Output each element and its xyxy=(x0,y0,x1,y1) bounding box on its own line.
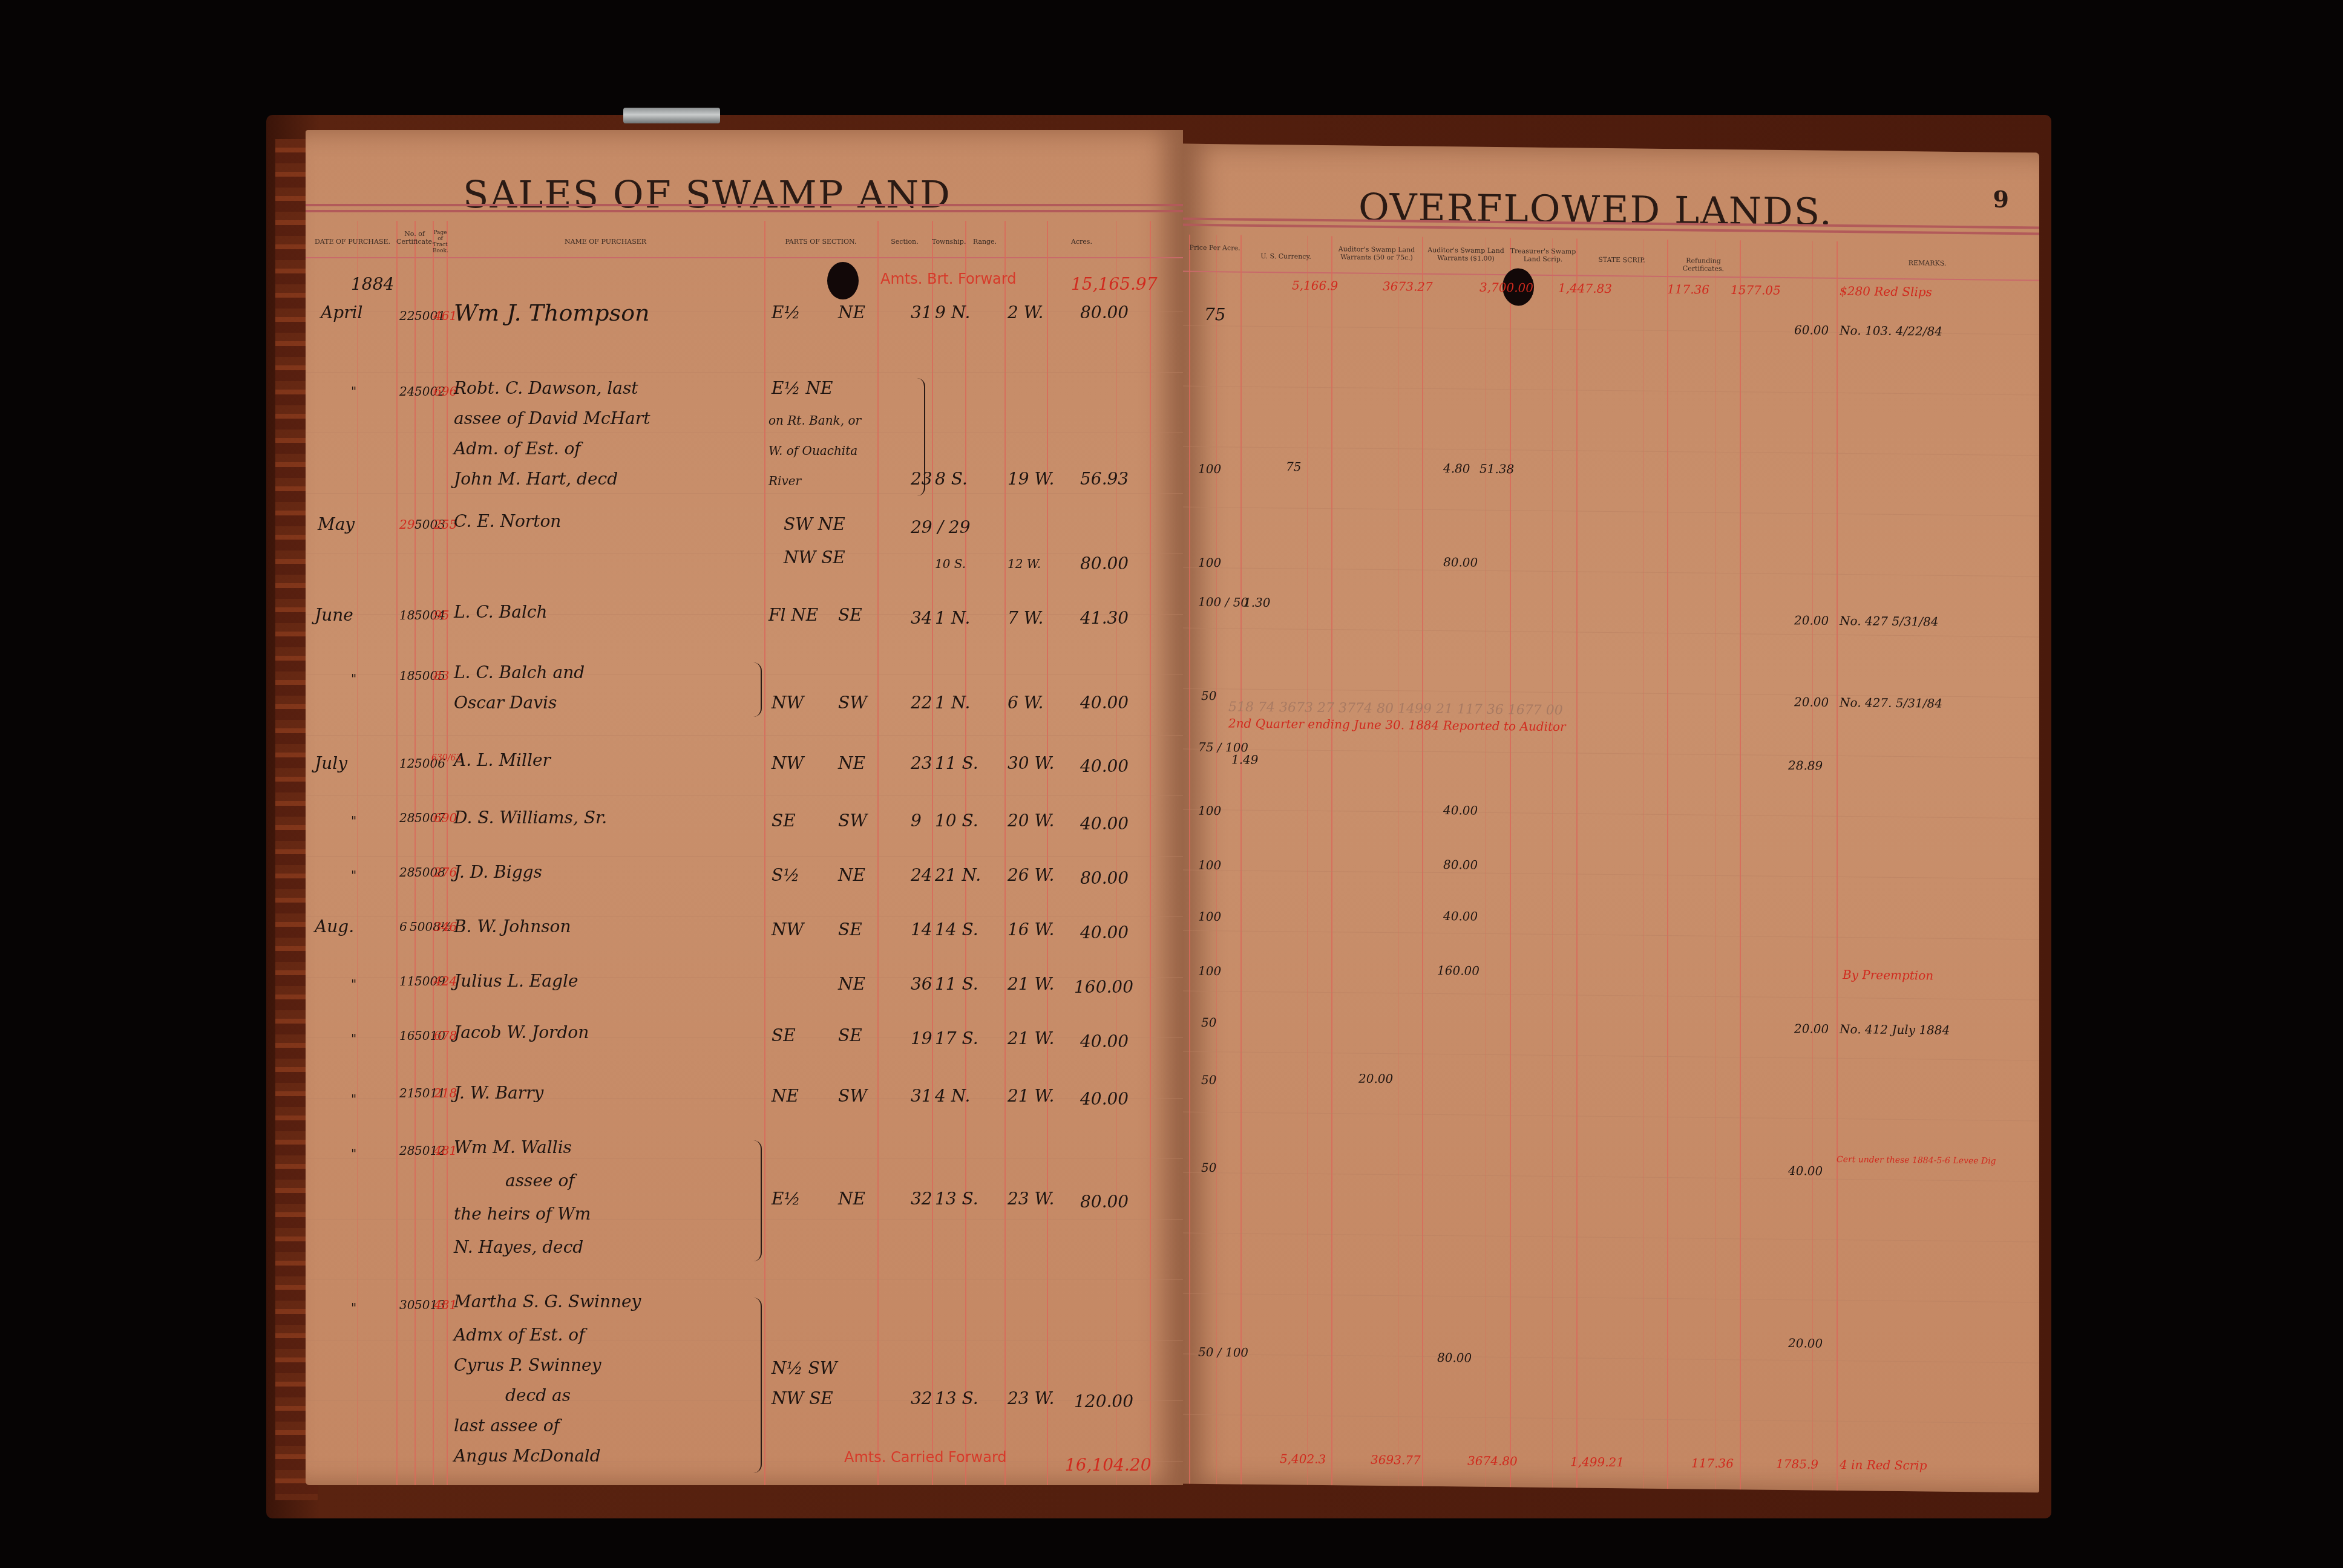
ledger-text: Wm M. Wallis xyxy=(454,1137,572,1157)
carried-forward-acres: 16,104.20 xyxy=(1065,1455,1152,1475)
col-header-currency: U. S. Currency. xyxy=(1240,252,1331,261)
ledger-text: Adm. of Est. of xyxy=(454,439,581,459)
vline xyxy=(1189,235,1190,1484)
column-line xyxy=(396,221,398,1485)
ledger-text: No. 427. 5/31/84 xyxy=(1840,695,1942,711)
col-header-state-scrip: STATE SCRIP. xyxy=(1576,255,1667,264)
quarter-faint-totals: 518 74 3673 27 3774 80 1499 21 117 36 16… xyxy=(1228,699,1563,718)
ledger-text: E½ xyxy=(772,302,801,322)
ledger-text: 20.00 xyxy=(1358,1071,1393,1086)
vline xyxy=(1643,240,1643,1489)
ledger-text: SW NE xyxy=(784,514,845,534)
hline xyxy=(1183,930,2039,940)
carried-forward-label: Amts. Carried Forward xyxy=(844,1449,1007,1466)
header-rule xyxy=(306,204,1183,206)
ledger-text: assee of David McHart xyxy=(454,408,650,428)
ledger-text: 28 xyxy=(399,1143,415,1158)
ledger-text: 22 xyxy=(399,309,415,323)
vline xyxy=(1740,240,1741,1489)
ledger-text: " xyxy=(351,1301,356,1315)
hline xyxy=(1183,386,2039,396)
ledger-text: 75 xyxy=(1286,459,1301,474)
ledger-text: 95 xyxy=(434,608,449,622)
punch-hole xyxy=(827,262,859,299)
ledger-text: 100 xyxy=(1198,964,1221,978)
hline xyxy=(306,433,1183,433)
ledger-text: 28 xyxy=(399,865,415,880)
ledger-text: Robt. C. Dawson, last xyxy=(454,378,638,398)
hline xyxy=(306,493,1183,494)
ledger-text: 160.00 xyxy=(1437,963,1480,978)
ledger-text: 56.93 xyxy=(1080,469,1129,489)
column-line xyxy=(415,221,416,1485)
ledger-text: 75 xyxy=(1204,304,1226,324)
ledger-text: 9 N. xyxy=(935,302,970,322)
col-header-refunding: Refunding Certificates. xyxy=(1667,256,1740,273)
hline xyxy=(306,1219,1183,1220)
ledger-text: 1577.05 xyxy=(1731,283,1781,298)
column-line xyxy=(433,221,434,1485)
ledger-text: SE xyxy=(838,920,862,939)
ledger-text: 21 W. xyxy=(1008,1028,1054,1048)
ledger-text: 1 N. xyxy=(935,608,970,628)
hline xyxy=(1183,1414,2039,1424)
vline xyxy=(1715,240,1716,1489)
quarter-note: 2nd Quarter ending June 30. 1884 Reporte… xyxy=(1228,716,1566,734)
ledger-text: May xyxy=(318,514,355,534)
hline xyxy=(1183,749,2039,759)
ledger-text: 23 W. xyxy=(1008,1388,1054,1408)
header-rule xyxy=(306,210,1183,212)
ledger-text: 40.00 xyxy=(1080,923,1129,942)
vline xyxy=(1398,237,1398,1486)
ledger-text: Fl NE xyxy=(768,605,818,625)
ledger-text: SE xyxy=(772,1025,796,1045)
ledger-text: 1.30 xyxy=(1244,595,1271,610)
ledger-text: 3693.77 xyxy=(1371,1452,1421,1468)
ledger-text: SW xyxy=(838,1086,867,1106)
hline xyxy=(306,1158,1183,1159)
ledger-text: 28 xyxy=(399,811,415,825)
ledger-text: 3,700.00 xyxy=(1480,280,1533,295)
col-header-purchaser: NAME OF PURCHASER xyxy=(447,238,764,246)
ledger-text: 16 W. xyxy=(1008,920,1054,939)
ledger-text: 12 xyxy=(399,756,415,771)
ledger-text: 30 xyxy=(399,1298,415,1312)
col-header-tract-page: Page of Tract Book. xyxy=(433,230,448,254)
ledger-text: 22 xyxy=(911,693,932,713)
ledger-text: 100 xyxy=(1198,555,1221,570)
ledger-text: L. C. Balch and xyxy=(454,662,585,682)
ledger-text: 80.00 xyxy=(1080,554,1129,573)
hline xyxy=(306,795,1183,796)
column-line xyxy=(965,221,966,1485)
ledger-text: assee of xyxy=(505,1171,575,1191)
year: 1884 xyxy=(351,274,394,294)
ledger-text: 4 N. xyxy=(935,1086,970,1106)
ledger-text: 23 xyxy=(911,753,932,773)
hline xyxy=(1183,1293,2039,1303)
ledger-text: " xyxy=(351,868,356,883)
ledger-text: 3674.80 xyxy=(1467,1454,1518,1469)
ledger-text: SE xyxy=(838,1025,862,1045)
hline xyxy=(306,735,1183,736)
ledger-text: No. 103. 4/22/84 xyxy=(1840,323,1942,339)
col-header-acres: Acres. xyxy=(1047,238,1116,246)
ledger-text: NE xyxy=(838,753,865,773)
ledger-text: 20.00 xyxy=(1794,1021,1829,1036)
ledger-text: 1 N. xyxy=(935,693,970,713)
ledger-text: 10 S. xyxy=(935,557,966,571)
column-line xyxy=(447,221,448,1485)
ledger-text: 10 S. xyxy=(935,811,978,831)
column-line xyxy=(1116,221,1117,1485)
ledger-text: NW xyxy=(772,753,804,773)
ledger-page-left: SALES OF SWAMP AND DATE OF PURCHASE. No.… xyxy=(306,130,1183,1485)
ledger-text: J. D. Biggs xyxy=(454,862,542,882)
hline xyxy=(1183,628,2039,638)
ledger-text: 40.00 xyxy=(1080,756,1129,776)
page-number: 9 xyxy=(1993,186,2009,213)
header-bottom-rule xyxy=(306,257,1183,258)
hline xyxy=(1183,1172,2039,1182)
ledger-text: 1.49 xyxy=(1231,752,1259,766)
ledger-text: 11 xyxy=(399,974,415,988)
ledger-text: NE xyxy=(838,302,865,322)
ledger-text: 21 W. xyxy=(1008,974,1054,994)
ledger-text: 5,402.3 xyxy=(1280,1451,1326,1466)
ledger-text: 60.00 xyxy=(1794,322,1829,338)
ledger-text: Angus McDonald xyxy=(454,1446,601,1466)
column-line xyxy=(1150,221,1151,1485)
ledger-text: 26 W. xyxy=(1008,865,1054,885)
ledger-text: 117.36 xyxy=(1667,282,1709,297)
ledger-text: 50 xyxy=(1201,1015,1216,1030)
ledger-text: SW xyxy=(838,811,867,831)
ledger-text: SE xyxy=(772,811,796,831)
ledger-text: 1,447.83 xyxy=(1558,281,1612,296)
ledger-text: 51.38 xyxy=(1480,462,1514,477)
ledger-text: 7 W. xyxy=(1008,608,1044,628)
ledger-text: 12 W. xyxy=(1008,557,1041,571)
column-line xyxy=(877,221,879,1485)
ledger-text: A. L. Miller xyxy=(454,750,551,770)
ledger-text: 11 S. xyxy=(935,974,978,994)
ledger-text: 6 xyxy=(399,920,407,934)
brought-forward-acres: 15,165.97 xyxy=(1071,274,1158,294)
ledger-text: 80.00 xyxy=(1443,857,1478,872)
ledger-text: 24 xyxy=(399,384,415,399)
ledger-text: C. E. Norton xyxy=(454,511,561,531)
hline xyxy=(306,1340,1183,1341)
column-line xyxy=(932,221,933,1485)
vline xyxy=(1422,237,1423,1486)
ledger-text: By Preemption xyxy=(1843,967,1933,983)
ledger-text: 14 xyxy=(911,920,932,939)
hline xyxy=(306,916,1183,917)
ledger-text: 30 W. xyxy=(1008,753,1054,773)
ledger-text: NE xyxy=(838,1189,865,1209)
ledger-text: 40.00 xyxy=(1788,1163,1823,1178)
ledger-text: 14 S. xyxy=(935,920,978,939)
ledger-text: 80.00 xyxy=(1080,302,1129,322)
ledger-text: 100 / 50 xyxy=(1198,595,1248,610)
ledger-text: 50 xyxy=(1201,688,1216,703)
hline xyxy=(1183,809,2039,819)
ledger-text: 4.80 xyxy=(1443,461,1470,475)
ledger-text: NE xyxy=(838,974,865,994)
ledger-text: " xyxy=(351,977,356,991)
vline xyxy=(1510,238,1511,1487)
ledger-text: Jacob W. Jordon xyxy=(454,1022,589,1042)
ledger-text: W. of Ouachita xyxy=(768,443,857,458)
ledger-text: 31 xyxy=(911,1086,932,1106)
ledger-text: Cert under these 1884-5-6 Levee Dig xyxy=(1837,1155,2006,1166)
ledger-text: B. W. Johnson xyxy=(454,916,571,936)
ledger-text: " xyxy=(351,814,356,828)
ledger-text: 20.00 xyxy=(1794,694,1829,710)
ledger-text: NW SE xyxy=(772,1388,833,1408)
ledger-text: April xyxy=(321,302,362,322)
ledger-text: 19 W. xyxy=(1008,469,1054,489)
ledger-text: 21 N. xyxy=(935,865,981,885)
ledger-text: L. C. Balch xyxy=(454,602,548,622)
ledger-text: 50 xyxy=(1201,1160,1216,1175)
ledger-text: the heirs of Wm xyxy=(454,1204,591,1224)
ledger-text: NE xyxy=(772,1086,799,1106)
col-header-section: Section. xyxy=(877,238,932,246)
ledger-text: 2 W. xyxy=(1008,302,1044,322)
ledger-text: 32 xyxy=(911,1189,932,1209)
ledger-text: 100 xyxy=(1198,909,1221,924)
ledger-text: " xyxy=(351,1031,356,1046)
column-line xyxy=(357,221,358,1485)
ledger-text: SW xyxy=(838,693,867,713)
ledger-text: J. W. Barry xyxy=(454,1083,543,1103)
vline xyxy=(1552,238,1553,1488)
ledger-text: 40.00 xyxy=(1080,1089,1129,1109)
ledger-text: 1785.9 xyxy=(1776,1457,1818,1472)
ledger-text: Julius L. Eagle xyxy=(454,971,578,991)
hline xyxy=(1183,567,2039,577)
ledger-text: No. 412 July 1884 xyxy=(1840,1022,1950,1037)
ledger-text: Oscar Davis xyxy=(454,693,557,713)
ledger-text: on Rt. Bank, or xyxy=(768,413,861,428)
ledger-text: $280 Red Slips xyxy=(1840,284,1932,299)
ledger-text: July xyxy=(315,753,347,773)
ledger-text: 19 xyxy=(911,1028,932,1048)
ledger-text: last assee of xyxy=(454,1416,560,1436)
ledger-text: 80.00 xyxy=(1080,1192,1129,1212)
hline xyxy=(306,372,1183,373)
column-line xyxy=(1004,221,1006,1485)
hline xyxy=(1183,1354,2039,1364)
ledger-text: Cyrus P. Swinney xyxy=(454,1355,601,1375)
hline xyxy=(1183,991,2039,1001)
ledger-text: 23 W. xyxy=(1008,1189,1054,1209)
ledger-text: 11 S. xyxy=(935,753,978,773)
brace xyxy=(753,1140,762,1261)
vline xyxy=(1331,236,1332,1485)
hline xyxy=(1183,507,2039,517)
column-line xyxy=(764,221,765,1485)
ledger-text: 28.89 xyxy=(1788,758,1823,773)
ledger-text: 32 xyxy=(911,1388,932,1408)
ledger-page-right: OVERFLOWED LANDS. 9 Price Per Acre. U. S… xyxy=(1183,144,2039,1493)
ledger-text: S½ xyxy=(772,865,799,885)
col-header-price: Price Per Acre. xyxy=(1189,244,1240,252)
ledger-text: 4 in Red Scrip xyxy=(1840,1457,1927,1473)
ledger-text: 29 xyxy=(399,517,415,532)
ledger-text: Admx of Est. of xyxy=(454,1325,585,1345)
ledger-text: 50 / 100 xyxy=(1198,1345,1248,1360)
brace xyxy=(753,662,762,717)
ledger-text: 117.36 xyxy=(1691,1455,1734,1471)
ledger-text: 18 xyxy=(399,668,415,683)
ledger-text: NW SE xyxy=(784,547,845,567)
col-header-aud-warrants-100: Auditor's Swamp Land Warrants ($1.00) xyxy=(1422,246,1510,263)
ledger-text: 41.30 xyxy=(1080,608,1129,628)
ledger-text: D. S. Williams, Sr. xyxy=(454,808,607,828)
ledger-text: 34 xyxy=(911,608,932,628)
hline xyxy=(1183,1233,2039,1243)
ledger-text: 1,499.21 xyxy=(1570,1454,1624,1469)
col-header-treasurer-scrip: Treasurer's Swamp Land Scrip. xyxy=(1510,247,1576,263)
ledger-text: 100 xyxy=(1198,803,1221,818)
ledger-text: 9 xyxy=(911,811,922,831)
ledger-text: 20.00 xyxy=(1788,1336,1823,1351)
ledger-text: 13 S. xyxy=(935,1388,978,1408)
ledger-text: 50 xyxy=(1201,1073,1216,1087)
ledger-text: 5,166.9 xyxy=(1292,278,1338,293)
vline xyxy=(1812,241,1813,1490)
metal-clip xyxy=(623,108,720,123)
ledger-text: 20 W. xyxy=(1008,811,1054,831)
ledger-text: 21 xyxy=(399,1086,415,1100)
hline xyxy=(1183,446,2039,456)
ledger-text: Martha S. G. Swinney xyxy=(454,1292,641,1312)
ledger-text: 20.00 xyxy=(1794,613,1829,628)
ledger-text: 21 W. xyxy=(1008,1086,1054,1106)
vline xyxy=(1667,240,1668,1489)
ledger-text: " xyxy=(351,384,356,399)
brace xyxy=(753,1298,762,1473)
ledger-text: 13 S. xyxy=(935,1189,978,1209)
ledger-text: 6 W. xyxy=(1008,693,1044,713)
ledger-text: 40.00 xyxy=(1080,693,1129,713)
ledger-text: 23 xyxy=(911,469,932,489)
ledger-text: 18 xyxy=(399,608,415,622)
ledger-text: John M. Hart, decd xyxy=(454,469,618,489)
ledger-text: 40.00 xyxy=(1443,909,1478,924)
vline xyxy=(1576,238,1578,1488)
ledger-text: Aug. xyxy=(315,916,354,936)
ledger-text: 80.00 xyxy=(1443,555,1478,570)
brought-forward-label: Amts. Brt. Forward xyxy=(880,270,1016,287)
column-line xyxy=(1047,221,1048,1485)
vline xyxy=(1240,235,1242,1485)
hline xyxy=(1183,870,2039,880)
ledger-text: 17 S. xyxy=(935,1028,978,1048)
ledger-text: N½ SW xyxy=(772,1358,837,1378)
ledger-text: June xyxy=(315,605,353,625)
ledger-text: NW xyxy=(772,693,804,713)
ledger-text: 100 xyxy=(1198,858,1221,872)
ledger-text: 8 S. xyxy=(935,469,968,489)
ledger-text: 40.00 xyxy=(1080,1031,1129,1051)
ledger-text: 3673.27 xyxy=(1383,279,1433,294)
ledger-text: 100 xyxy=(1198,462,1221,476)
ledger-text: No. 427 5/31/84 xyxy=(1840,613,1939,629)
hline xyxy=(306,856,1183,857)
ledger-text: 83 xyxy=(434,668,449,683)
ledger-text: 16 xyxy=(399,1028,415,1043)
hline xyxy=(306,1461,1183,1462)
ledger-text: 120.00 xyxy=(1074,1391,1133,1411)
hline xyxy=(1183,1051,2039,1061)
ledger-text: 160.00 xyxy=(1074,977,1133,997)
col-header-range: Range. xyxy=(965,238,1004,246)
ledger-text: E½ NE xyxy=(772,378,833,398)
col-header-certificate: No. of Certificate. xyxy=(396,230,433,246)
ledger-text: 80.00 xyxy=(1437,1350,1472,1365)
vline xyxy=(1307,236,1308,1485)
col-header-date: DATE OF PURCHASE. xyxy=(309,238,396,246)
hline xyxy=(306,1279,1183,1280)
ledger-text: N. Hayes, decd xyxy=(454,1237,583,1257)
col-header-aud-warrants-50: Auditor's Swamp Land Warrants (50 or 75c… xyxy=(1331,245,1422,262)
ledger-text: 80.00 xyxy=(1080,868,1129,888)
vline xyxy=(1486,238,1486,1487)
ledger-text: E½ xyxy=(772,1189,801,1209)
col-header-township: Township. xyxy=(932,238,965,246)
ledger-text: 31 xyxy=(911,302,932,322)
ledger-text: 40.00 xyxy=(1443,803,1478,818)
ledger-text: " xyxy=(351,1092,356,1106)
ledger-text: NE xyxy=(838,865,865,885)
hline xyxy=(1183,1112,2039,1122)
ledger-text: 36 xyxy=(911,974,932,994)
vline xyxy=(1837,241,1838,1491)
hline xyxy=(306,554,1183,554)
col-header-remarks: REMARKS. xyxy=(1837,258,2018,268)
ledger-text: decd as xyxy=(505,1385,571,1405)
ledger-text: " xyxy=(351,671,356,686)
ledger-text: 40.00 xyxy=(1080,814,1129,834)
ledger-text: SE xyxy=(838,605,862,625)
ledger-text: 29 / 29 xyxy=(911,517,971,537)
ledger-text: 24 xyxy=(911,865,932,885)
ledger-text: Wm J. Thompson xyxy=(454,299,650,326)
ledger-text: River xyxy=(768,474,801,488)
col-header-parts: PARTS OF SECTION. xyxy=(764,238,877,246)
ledger-text: NW xyxy=(772,920,804,939)
ledger-text: " xyxy=(351,1146,356,1161)
